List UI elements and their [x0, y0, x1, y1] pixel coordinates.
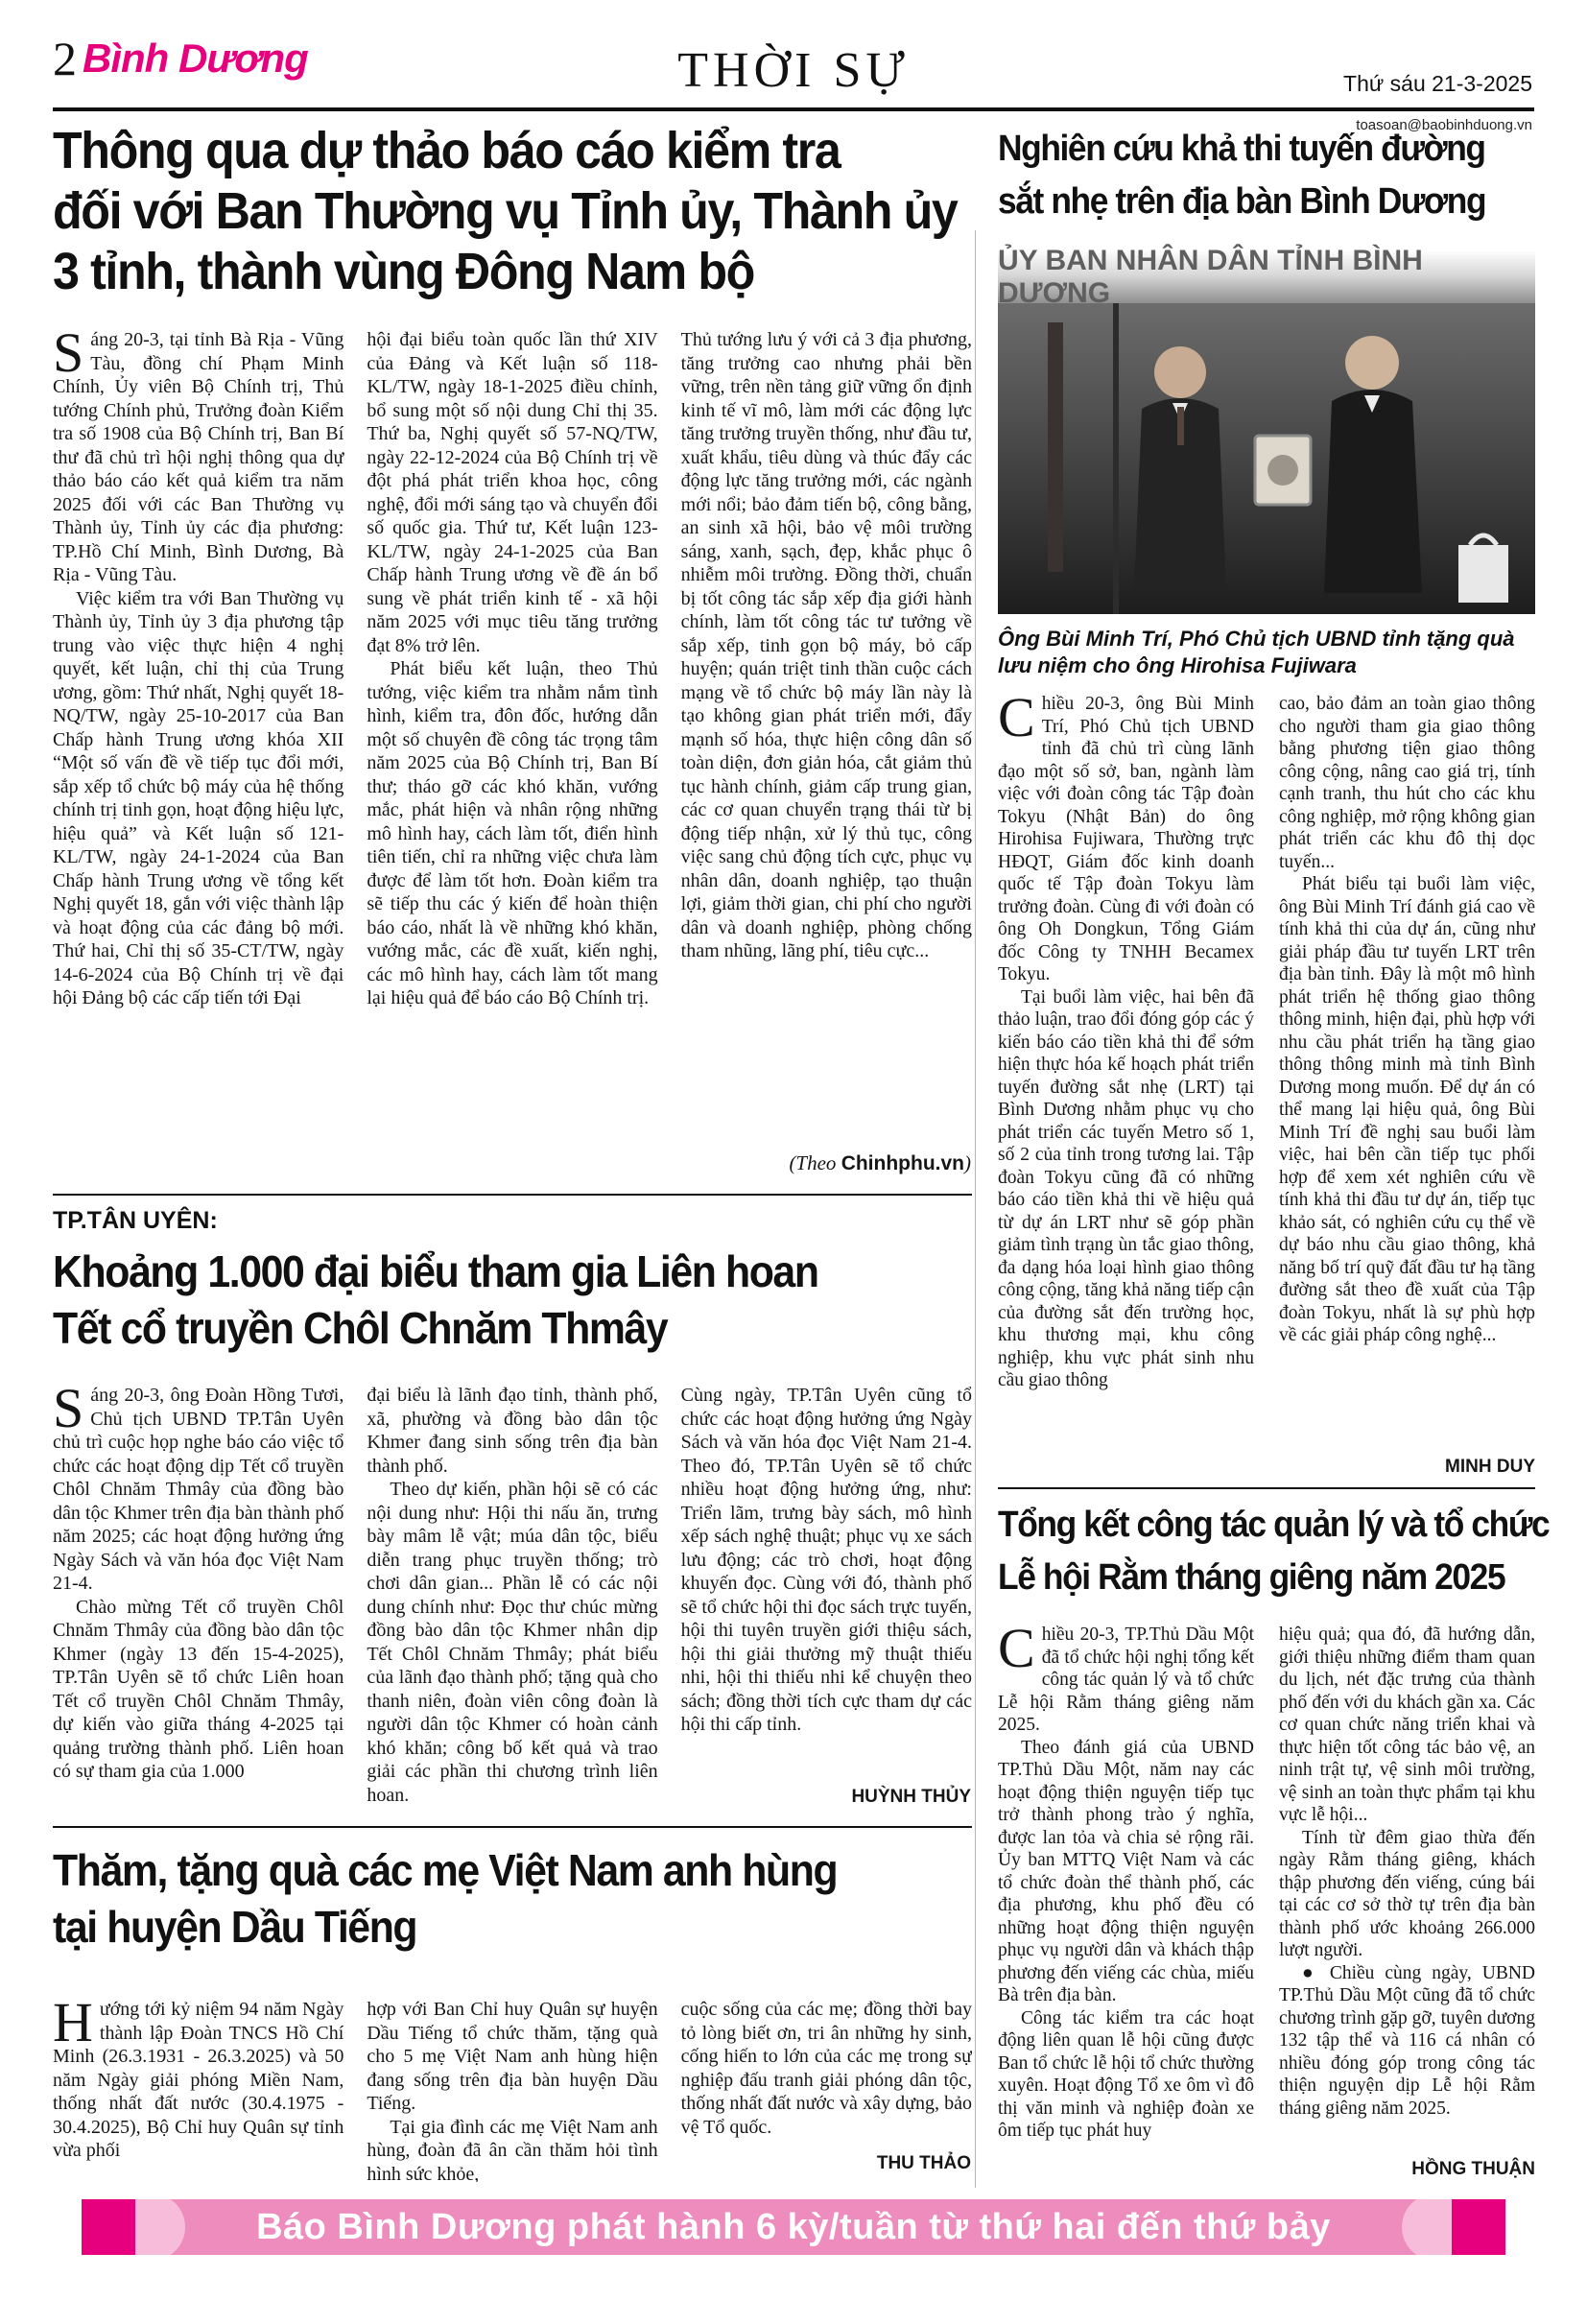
body-paragraph: Công tác kiểm tra các hoạt động liên qua… — [998, 2007, 1254, 2143]
body-paragraph: hợp với Ban Chỉ huy Quân sự huyện Dầu Ti… — [367, 1998, 657, 2116]
article-tanuyen-body: Sáng 20-3, ông Đoàn Hồng Tươi, Chủ tịch … — [53, 1384, 972, 1815]
article-tanuyen-byline: HUỲNH THỦY — [664, 1787, 971, 1808]
body-paragraph: Chiều 20-3, TP.Thủ Dầu Một đã tổ chức hộ… — [998, 1624, 1254, 1737]
body-paragraph: Sáng 20-3, tại tỉnh Bà Rịa - Vũng Tàu, đ… — [53, 328, 343, 587]
body-paragraph: Tại buổi làm việc, hai bên đã thảo luận,… — [998, 986, 1254, 1392]
footer-promo-banner: Báo Bình Dương phát hành 6 kỳ/tuần từ th… — [82, 2199, 1505, 2255]
article-lrt-caption: Ông Bùi Minh Trí, Phó Chủ tịch UBND tỉnh… — [998, 626, 1535, 679]
article-lrt-byline: MINH DUY — [1279, 1457, 1535, 1478]
drop-cap: H — [53, 1998, 100, 2045]
body-paragraph: Phát biểu tại buổi làm việc, ông Bùi Min… — [1279, 873, 1535, 1347]
title-line: Lễ hội Rằm tháng giêng năm 2025 — [998, 1552, 1569, 1604]
section-rule — [53, 1194, 972, 1196]
body-column: Sáng 20-3, ông Đoàn Hồng Tươi, Chủ tịch … — [53, 1384, 343, 1815]
body-paragraph: Chào mừng Tết cổ truyền Chôl Chnăm Thmây… — [53, 1596, 343, 1784]
article-dautieng-title: Thăm, tặng quà các mẹ Việt Nam anh hùng … — [53, 1842, 972, 1956]
body-paragraph: Chiều 20-3, ông Bùi Minh Trí, Phó Chủ tị… — [998, 693, 1254, 986]
section-rule — [53, 1826, 972, 1828]
body-paragraph: Cùng ngày, TP.Tân Uyên cũng tổ chức các … — [681, 1384, 972, 1737]
body-paragraph: Việc kiểm tra với Ban Thường vụ Thành ủy… — [53, 587, 343, 1010]
title-line: Nghiên cứu khả thi tuyến đường — [998, 123, 1569, 176]
article-tanuyen-title: Khoảng 1.000 đại biểu tham gia Liên hoan… — [53, 1244, 972, 1357]
body-column: Chiều 20-3, TP.Thủ Dầu Một đã tổ chức hộ… — [998, 1624, 1254, 2161]
byline-prefix: (Theo — [789, 1151, 841, 1174]
title-line: Tổng kết công tác quản lý và tổ chức — [998, 1499, 1569, 1552]
column-divider — [975, 230, 976, 2188]
body-column: Hướng tới kỷ niệm 94 năm Ngày thành lập … — [53, 1998, 343, 2182]
photo-illustration — [998, 303, 1535, 614]
article-inspection-body: Sáng 20-3, tại tỉnh Bà Rịa - Vũng Tàu, đ… — [53, 328, 972, 1187]
title-line: Thông qua dự thảo báo cáo kiểm tra — [53, 121, 972, 181]
body-column: Thủ tướng lưu ý với cả 3 địa phương, tăn… — [681, 328, 972, 1187]
body-paragraph: hiệu quả; qua đó, đã hướng dẫn, giới thi… — [1279, 1624, 1535, 1827]
body-paragraph: Theo đánh giá của UBND TP.Thủ Dầu Một, n… — [998, 1737, 1254, 2007]
title-line: sắt nhẹ trên địa bàn Bình Dương — [998, 176, 1569, 228]
byline-suffix: ) — [964, 1151, 971, 1174]
article-ram-title: Tổng kết công tác quản lý và tổ chức Lễ … — [998, 1499, 1569, 1604]
body-column: Sáng 20-3, tại tỉnh Bà Rịa - Vũng Tàu, đ… — [53, 328, 343, 1187]
body-paragraph: Thủ tướng lưu ý với cả 3 địa phương, tăn… — [681, 328, 972, 963]
body-paragraph: đại biểu là lãnh đạo tỉnh, thành phố, xã… — [367, 1384, 657, 1478]
article-tanuyen-kicker: TP.TÂN UYÊN: — [53, 1207, 218, 1235]
article-inspection-byline: (Theo Chinhphu.vn) — [664, 1151, 971, 1175]
footer-banner-text: Báo Bình Dương phát hành 6 kỳ/tuần từ th… — [82, 2199, 1505, 2255]
article-lrt-photo: ỦY BAN NHÂN DÂN TỈNH BÌNH DƯƠNG — [998, 251, 1535, 614]
body-column: hiệu quả; qua đó, đã hướng dẫn, giới thi… — [1279, 1624, 1535, 2161]
drop-cap: C — [998, 1624, 1042, 1671]
title-line: tại huyện Dầu Tiếng — [53, 1899, 972, 1956]
body-paragraph: Tại gia đình các mẹ Việt Nam anh hùng, đ… — [367, 2116, 657, 2183]
newspaper-page: 2 Bình Dương THỜI SỰ Thứ sáu 21-3-2025 t… — [0, 0, 1587, 2324]
section-rule — [998, 1487, 1535, 1489]
drop-cap: S — [53, 328, 90, 375]
body-paragraph: Hướng tới kỷ niệm 94 năm Ngày thành lập … — [53, 1998, 343, 2163]
body-paragraph: Theo dự kiến, phần hội sẽ có các nội dun… — [367, 1478, 657, 1807]
body-paragraph: cao, bảo đảm an toàn giao thông cho ngườ… — [1279, 693, 1535, 873]
title-line: Tết cổ truyền Chôl Chnăm Thmây — [53, 1300, 972, 1357]
article-inspection-title: Thông qua dự thảo báo cáo kiểm tra đối v… — [53, 121, 972, 302]
body-column: hội đại biểu toàn quốc lần thứ XIV của Đ… — [367, 328, 657, 1187]
article-lrt-body: Chiều 20-3, ông Bùi Minh Trí, Phó Chủ tị… — [998, 693, 1535, 1482]
body-column: Chiều 20-3, ông Bùi Minh Trí, Phó Chủ tị… — [998, 693, 1254, 1482]
body-column: hợp với Ban Chỉ huy Quân sự huyện Dầu Ti… — [367, 1998, 657, 2182]
article-ram-body: Chiều 20-3, TP.Thủ Dầu Một đã tổ chức hộ… — [998, 1624, 1535, 2161]
title-line: Thăm, tặng quà các mẹ Việt Nam anh hùng — [53, 1842, 972, 1899]
body-paragraph: ● Chiều cùng ngày, UBND TP.Thủ Dầu Một c… — [1279, 1962, 1535, 2121]
photo-illustration-svg — [998, 303, 1535, 614]
title-line: 3 tỉnh, thành vùng Đông Nam bộ — [53, 242, 972, 302]
drop-cap: S — [53, 1384, 90, 1431]
body-paragraph: Sáng 20-3, ông Đoàn Hồng Tươi, Chủ tịch … — [53, 1384, 343, 1596]
photo-banner-text: ỦY BAN NHÂN DÂN TỈNH BÌNH DƯƠNG — [998, 251, 1535, 303]
title-line: đối với Ban Thường vụ Tỉnh ủy, Thành ủy — [53, 181, 972, 242]
body-paragraph: Tính từ đêm giao thừa đến ngày Rằm tháng… — [1279, 1827, 1535, 1962]
byline-source: Chinhphu.vn — [841, 1152, 964, 1174]
body-column: Cùng ngày, TP.Tân Uyên cũng tổ chức các … — [681, 1384, 972, 1815]
body-column: cao, bảo đảm an toàn giao thông cho ngườ… — [1279, 693, 1535, 1482]
title-line: Khoảng 1.000 đại biểu tham gia Liên hoan — [53, 1244, 972, 1300]
body-column: đại biểu là lãnh đạo tỉnh, thành phố, xã… — [367, 1384, 657, 1815]
body-paragraph: hội đại biểu toàn quốc lần thứ XIV của Đ… — [367, 328, 657, 657]
issue-date: Thứ sáu 21-3-2025 — [1343, 71, 1532, 97]
drop-cap: C — [998, 693, 1042, 740]
article-ram-byline: HỒNG THUẬN — [1279, 2159, 1535, 2180]
header-rule — [53, 107, 1534, 111]
article-dautieng-byline: THU THẢO — [664, 2153, 971, 2174]
body-paragraph: cuộc sống của các mẹ; đồng thời bay tỏ l… — [681, 1998, 972, 2139]
body-paragraph: Phát biểu kết luận, theo Thủ tướng, việc… — [367, 657, 657, 1010]
article-lrt-title: Nghiên cứu khả thi tuyến đường sắt nhẹ t… — [998, 123, 1569, 228]
